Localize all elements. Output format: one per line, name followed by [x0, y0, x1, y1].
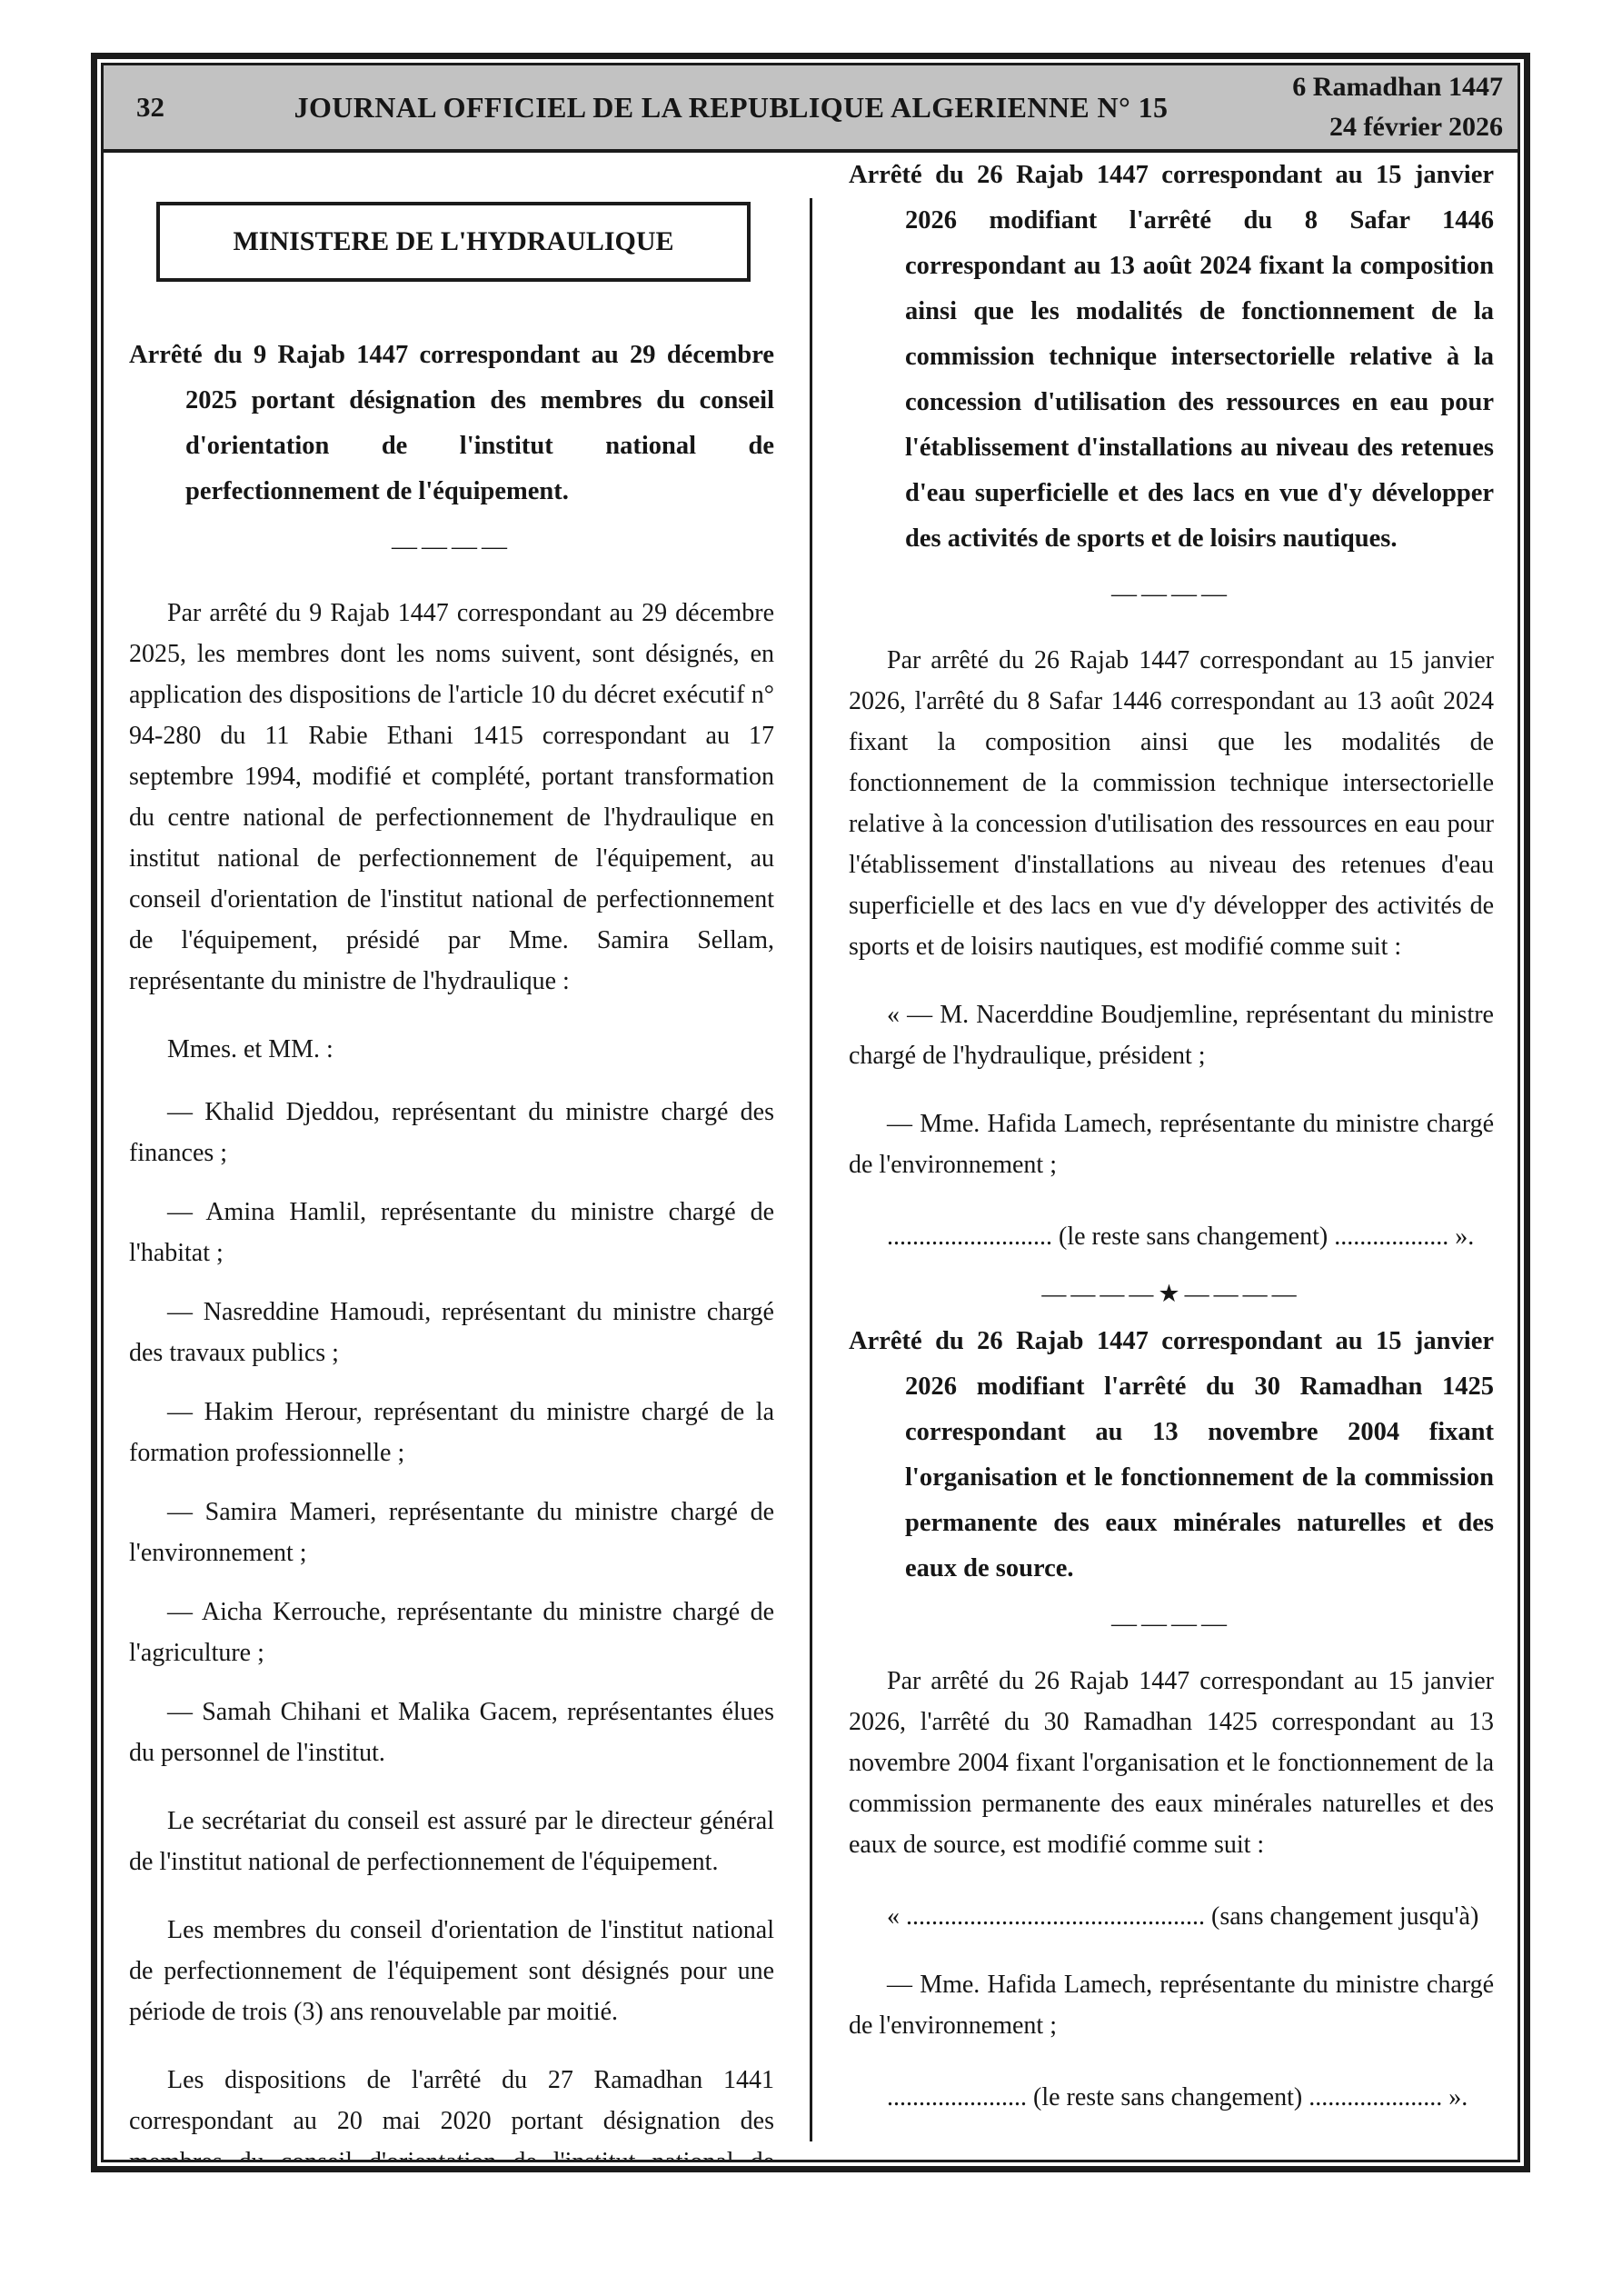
column-divider: [810, 198, 812, 2141]
member-item: — Aicha Kerrouche, représentante du mini…: [129, 1592, 774, 1673]
intro-paragraph: Par arrêté du 26 Rajab 1447 correspondan…: [849, 1661, 1494, 1865]
member-item: — Amina Hamlil, représentante du ministr…: [129, 1192, 774, 1273]
list-intro: Mmes. et MM. :: [129, 1029, 774, 1070]
page-inner-frame: 32 JOURNAL OFFICIEL DE LA REPUBLIQUE ALG…: [101, 63, 1520, 2162]
right-column: Arrêté du 26 Rajab 1447 correspondant au…: [811, 153, 1518, 2160]
commission-member-item: « — M. Nacerddine Boudjemline, représent…: [849, 994, 1494, 1076]
dash-separator: ————: [849, 576, 1494, 613]
closing-paragraph: Les membres du conseil d'orientation de …: [129, 1910, 774, 2032]
dash-separator: ————: [129, 529, 774, 565]
page-content: MINISTERE DE L'HYDRAULIQUE Arrêté du 9 R…: [104, 153, 1518, 2160]
page-header: 32 JOURNAL OFFICIEL DE LA REPUBLIQUE ALG…: [104, 65, 1518, 153]
closing-paragraph: Le secrétariat du conseil est assuré par…: [129, 1801, 774, 1882]
date-hijri: 6 Ramadhan 1447: [1236, 67, 1503, 107]
intro-paragraph: Par arrêté du 26 Rajab 1447 correspondan…: [849, 640, 1494, 967]
journal-title: JOURNAL OFFICIEL DE LA REPUBLIQUE ALGERI…: [226, 91, 1236, 125]
issue-dates: 6 Ramadhan 1447 24 février 2026: [1236, 67, 1518, 147]
left-column: MINISTERE DE L'HYDRAULIQUE Arrêté du 9 R…: [104, 153, 811, 2160]
star-separator: ————★————: [849, 1275, 1494, 1312]
dotted-continuation: ...................... (le reste sans ch…: [849, 2077, 1494, 2118]
member-item: — Samira Mameri, représentante du minist…: [129, 1492, 774, 1573]
dotted-continuation: .......................... (le reste san…: [849, 1216, 1494, 1257]
page-frame: 32 JOURNAL OFFICIEL DE LA REPUBLIQUE ALG…: [91, 53, 1530, 2172]
commission-member-item: — Mme. Hafida Lamech, représentante du m…: [849, 1964, 1494, 2046]
arrete-title: Arrêté du 26 Rajab 1447 correspondant au…: [849, 1319, 1494, 1592]
member-item: — Hakim Herour, représentant du ministre…: [129, 1392, 774, 1473]
closing-paragraph: Les dispositions de l'arrêté du 27 Ramad…: [129, 2060, 774, 2160]
dotted-continuation: « ......................................…: [849, 1896, 1494, 1937]
commission-member-item: — Mme. Hafida Lamech, représentante du m…: [849, 1103, 1494, 1185]
intro-paragraph: Par arrêté du 9 Rajab 1447 correspondant…: [129, 593, 774, 1002]
arrete-title: Arrêté du 26 Rajab 1447 correspondant au…: [849, 153, 1494, 562]
arrete-title: Arrêté du 9 Rajab 1447 correspondant au …: [129, 333, 774, 514]
page-number: 32: [104, 91, 226, 124]
member-item: — Nasreddine Hamoudi, représentant du mi…: [129, 1292, 774, 1373]
dash-separator: ————: [849, 1606, 1494, 1642]
ministry-heading-box: MINISTERE DE L'HYDRAULIQUE: [156, 202, 751, 282]
ministry-heading: MINISTERE DE L'HYDRAULIQUE: [233, 226, 673, 257]
member-item: — Samah Chihani et Malika Gacem, représe…: [129, 1692, 774, 1773]
member-item: — Khalid Djeddou, représentant du minist…: [129, 1092, 774, 1173]
date-gregorian: 24 février 2026: [1236, 107, 1503, 147]
